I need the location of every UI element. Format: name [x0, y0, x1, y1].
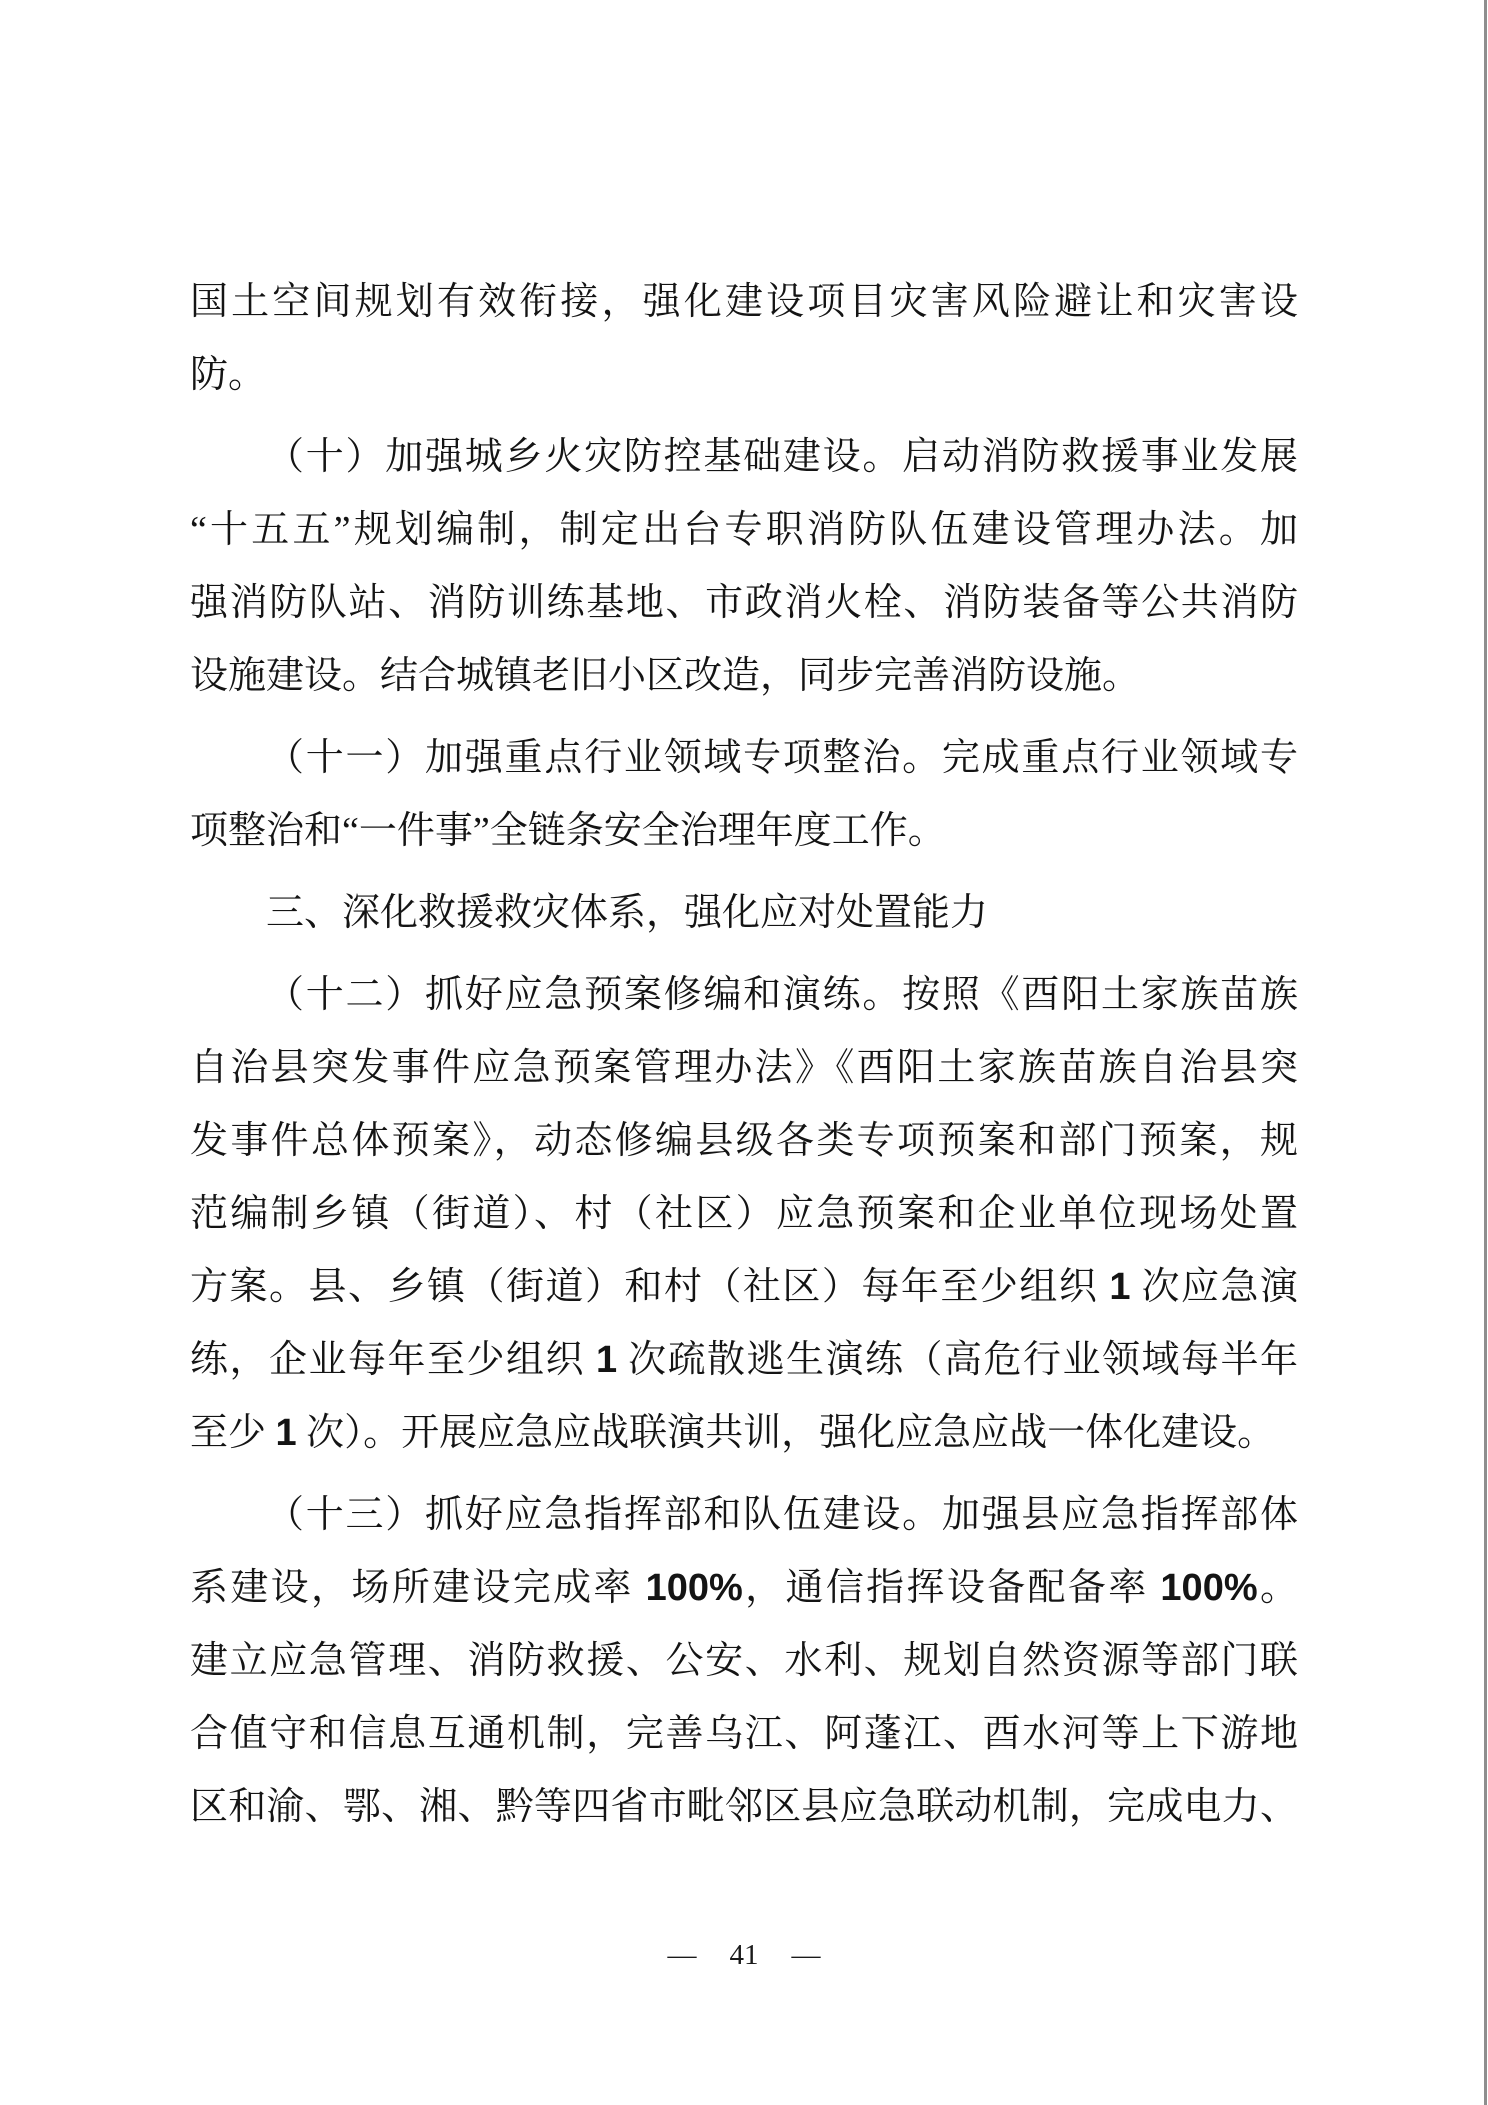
- numeric-text: 100%: [1160, 1567, 1257, 1609]
- paragraph: 三、深化救援救灾体系，强化应对处置能力: [190, 877, 1298, 950]
- text-line: （十一）加强重点行业领域专项整治。完成重点行业领域专: [190, 722, 1298, 795]
- numeric-text: 1: [596, 1339, 617, 1381]
- paragraph: （十一）加强重点行业领域专项整治。完成重点行业领域专项整治和“一件事”全链条安全…: [190, 722, 1298, 868]
- text-line: （十）加强城乡火灾防控基础建设。启动消防救援事业发展: [190, 421, 1298, 494]
- text-line: “十五五”规划编制，制定出台专职消防队伍建设管理办法。加: [190, 494, 1298, 567]
- text-line: 区和渝、鄂、湘、黔等四省市毗邻区县应急联动机制，完成电力、: [190, 1771, 1298, 1844]
- numeric-text: 1: [276, 1412, 297, 1454]
- text-line: 强消防队站、消防训练基地、市政消火栓、消防装备等公共消防: [190, 567, 1298, 640]
- text-line: （十三）抓好应急指挥部和队伍建设。加强县应急指挥部体: [190, 1479, 1298, 1552]
- text-line: 发事件总体预案》，动态修编县级各类专项预案和部门预案，规: [190, 1105, 1298, 1178]
- text-line: 防。: [190, 339, 1298, 412]
- footer-right-dash: —: [792, 1938, 821, 1972]
- text-line: 建立应急管理、消防救援、公安、水利、规划自然资源等部门联: [190, 1625, 1298, 1698]
- page-right-edge-line: [1484, 0, 1487, 2105]
- page-number: 41: [730, 1938, 759, 1972]
- text-line: 范编制乡镇（街道）、村（社区）应急预案和企业单位现场处置: [190, 1178, 1298, 1251]
- text-line: 设施建设。结合城镇老旧小区改造，同步完善消防设施。: [190, 640, 1298, 713]
- text-line: 练，企业每年至少组织 1 次疏散逃生演练（高危行业领域每半年: [190, 1324, 1298, 1397]
- text-line: 系建设，场所建设完成率 100%，通信指挥设备配备率 100%。: [190, 1552, 1298, 1625]
- numeric-text: 1: [1109, 1266, 1130, 1308]
- text-line: 至少 1 次）。开展应急应战联演共训，强化应急应战一体化建设。: [190, 1397, 1298, 1470]
- page-footer: — 41 —: [0, 1938, 1488, 1972]
- document-body: 国土空间规划有效衔接，强化建设项目灾害风险避让和灾害设防。（十）加强城乡火灾防控…: [0, 0, 1488, 1853]
- text-line: 三、深化救援救灾体系，强化应对处置能力: [190, 877, 1298, 950]
- text-line: 合值守和信息互通机制，完善乌江、阿蓬江、酉水河等上下游地: [190, 1698, 1298, 1771]
- paragraph: （十三）抓好应急指挥部和队伍建设。加强县应急指挥部体系建设，场所建设完成率 10…: [190, 1479, 1298, 1844]
- text-line: 自治县突发事件应急预案管理办法》《酉阳土家族苗族自治县突: [190, 1032, 1298, 1105]
- text-line: 项整治和“一件事”全链条安全治理年度工作。: [190, 795, 1298, 868]
- footer-left-dash: —: [668, 1938, 697, 1972]
- paragraph: （十）加强城乡火灾防控基础建设。启动消防救援事业发展“十五五”规划编制，制定出台…: [190, 421, 1298, 713]
- paragraph: 国土空间规划有效衔接，强化建设项目灾害风险避让和灾害设防。: [190, 266, 1298, 412]
- paragraph: （十二）抓好应急预案修编和演练。按照《酉阳土家族苗族自治县突发事件应急预案管理办…: [190, 959, 1298, 1470]
- numeric-text: 100%: [646, 1567, 743, 1609]
- text-line: 国土空间规划有效衔接，强化建设项目灾害风险避让和灾害设: [190, 266, 1298, 339]
- text-line: （十二）抓好应急预案修编和演练。按照《酉阳土家族苗族: [190, 959, 1298, 1032]
- text-line: 方案。县、乡镇（街道）和村（社区）每年至少组织 1 次应急演: [190, 1251, 1298, 1324]
